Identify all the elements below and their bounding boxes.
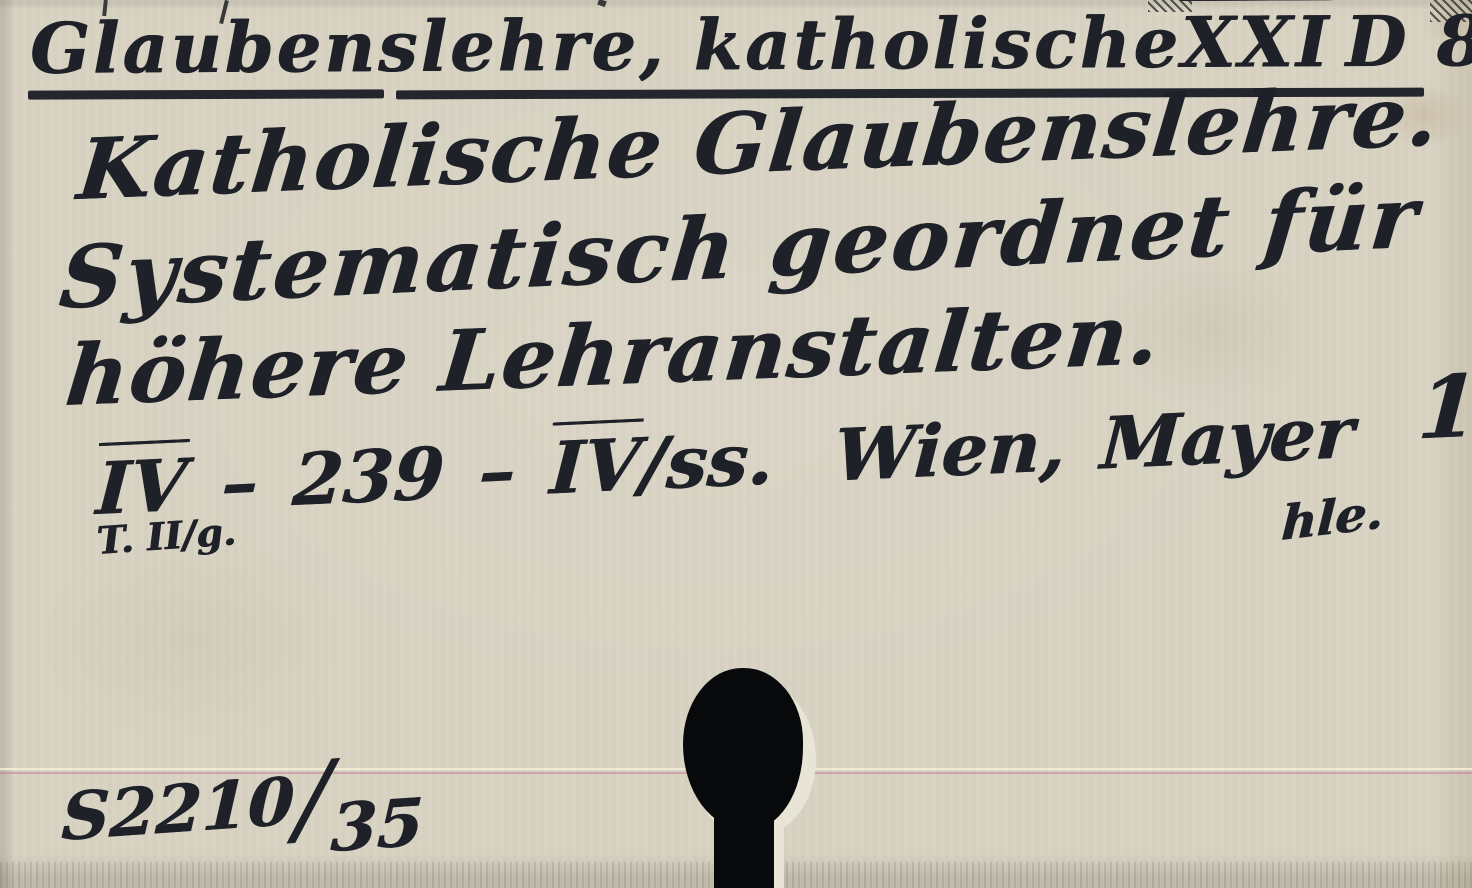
accession-number: S2210/35 (60, 731, 426, 856)
accession-digits: 2210 (108, 762, 295, 853)
heading-underline-left (28, 89, 384, 99)
collation-pagecount: – 239 – (219, 427, 518, 525)
volume-note: T. II/g. (95, 512, 236, 560)
collation-pages: /ss. (638, 416, 776, 507)
heading-title: Glaubenslehre, katholische (30, 8, 1181, 84)
publication-year: 1850 (1415, 348, 1472, 460)
heading-line: Glaubenslehre, katholische XXID 8140 8° (30, 7, 1432, 84)
accession-prefix: S (60, 775, 111, 856)
catalog-card: Glaubenslehre, katholische XXID 8140 8° … (0, 0, 1472, 888)
binding-note: hle. (1280, 488, 1384, 548)
punch-hole-slot (714, 792, 774, 888)
collation-volume-2: IV (548, 422, 643, 511)
accession-slash: / (294, 739, 332, 858)
place-publisher: Wien, Mayer (832, 389, 1356, 497)
accession-year: 35 (330, 789, 425, 861)
